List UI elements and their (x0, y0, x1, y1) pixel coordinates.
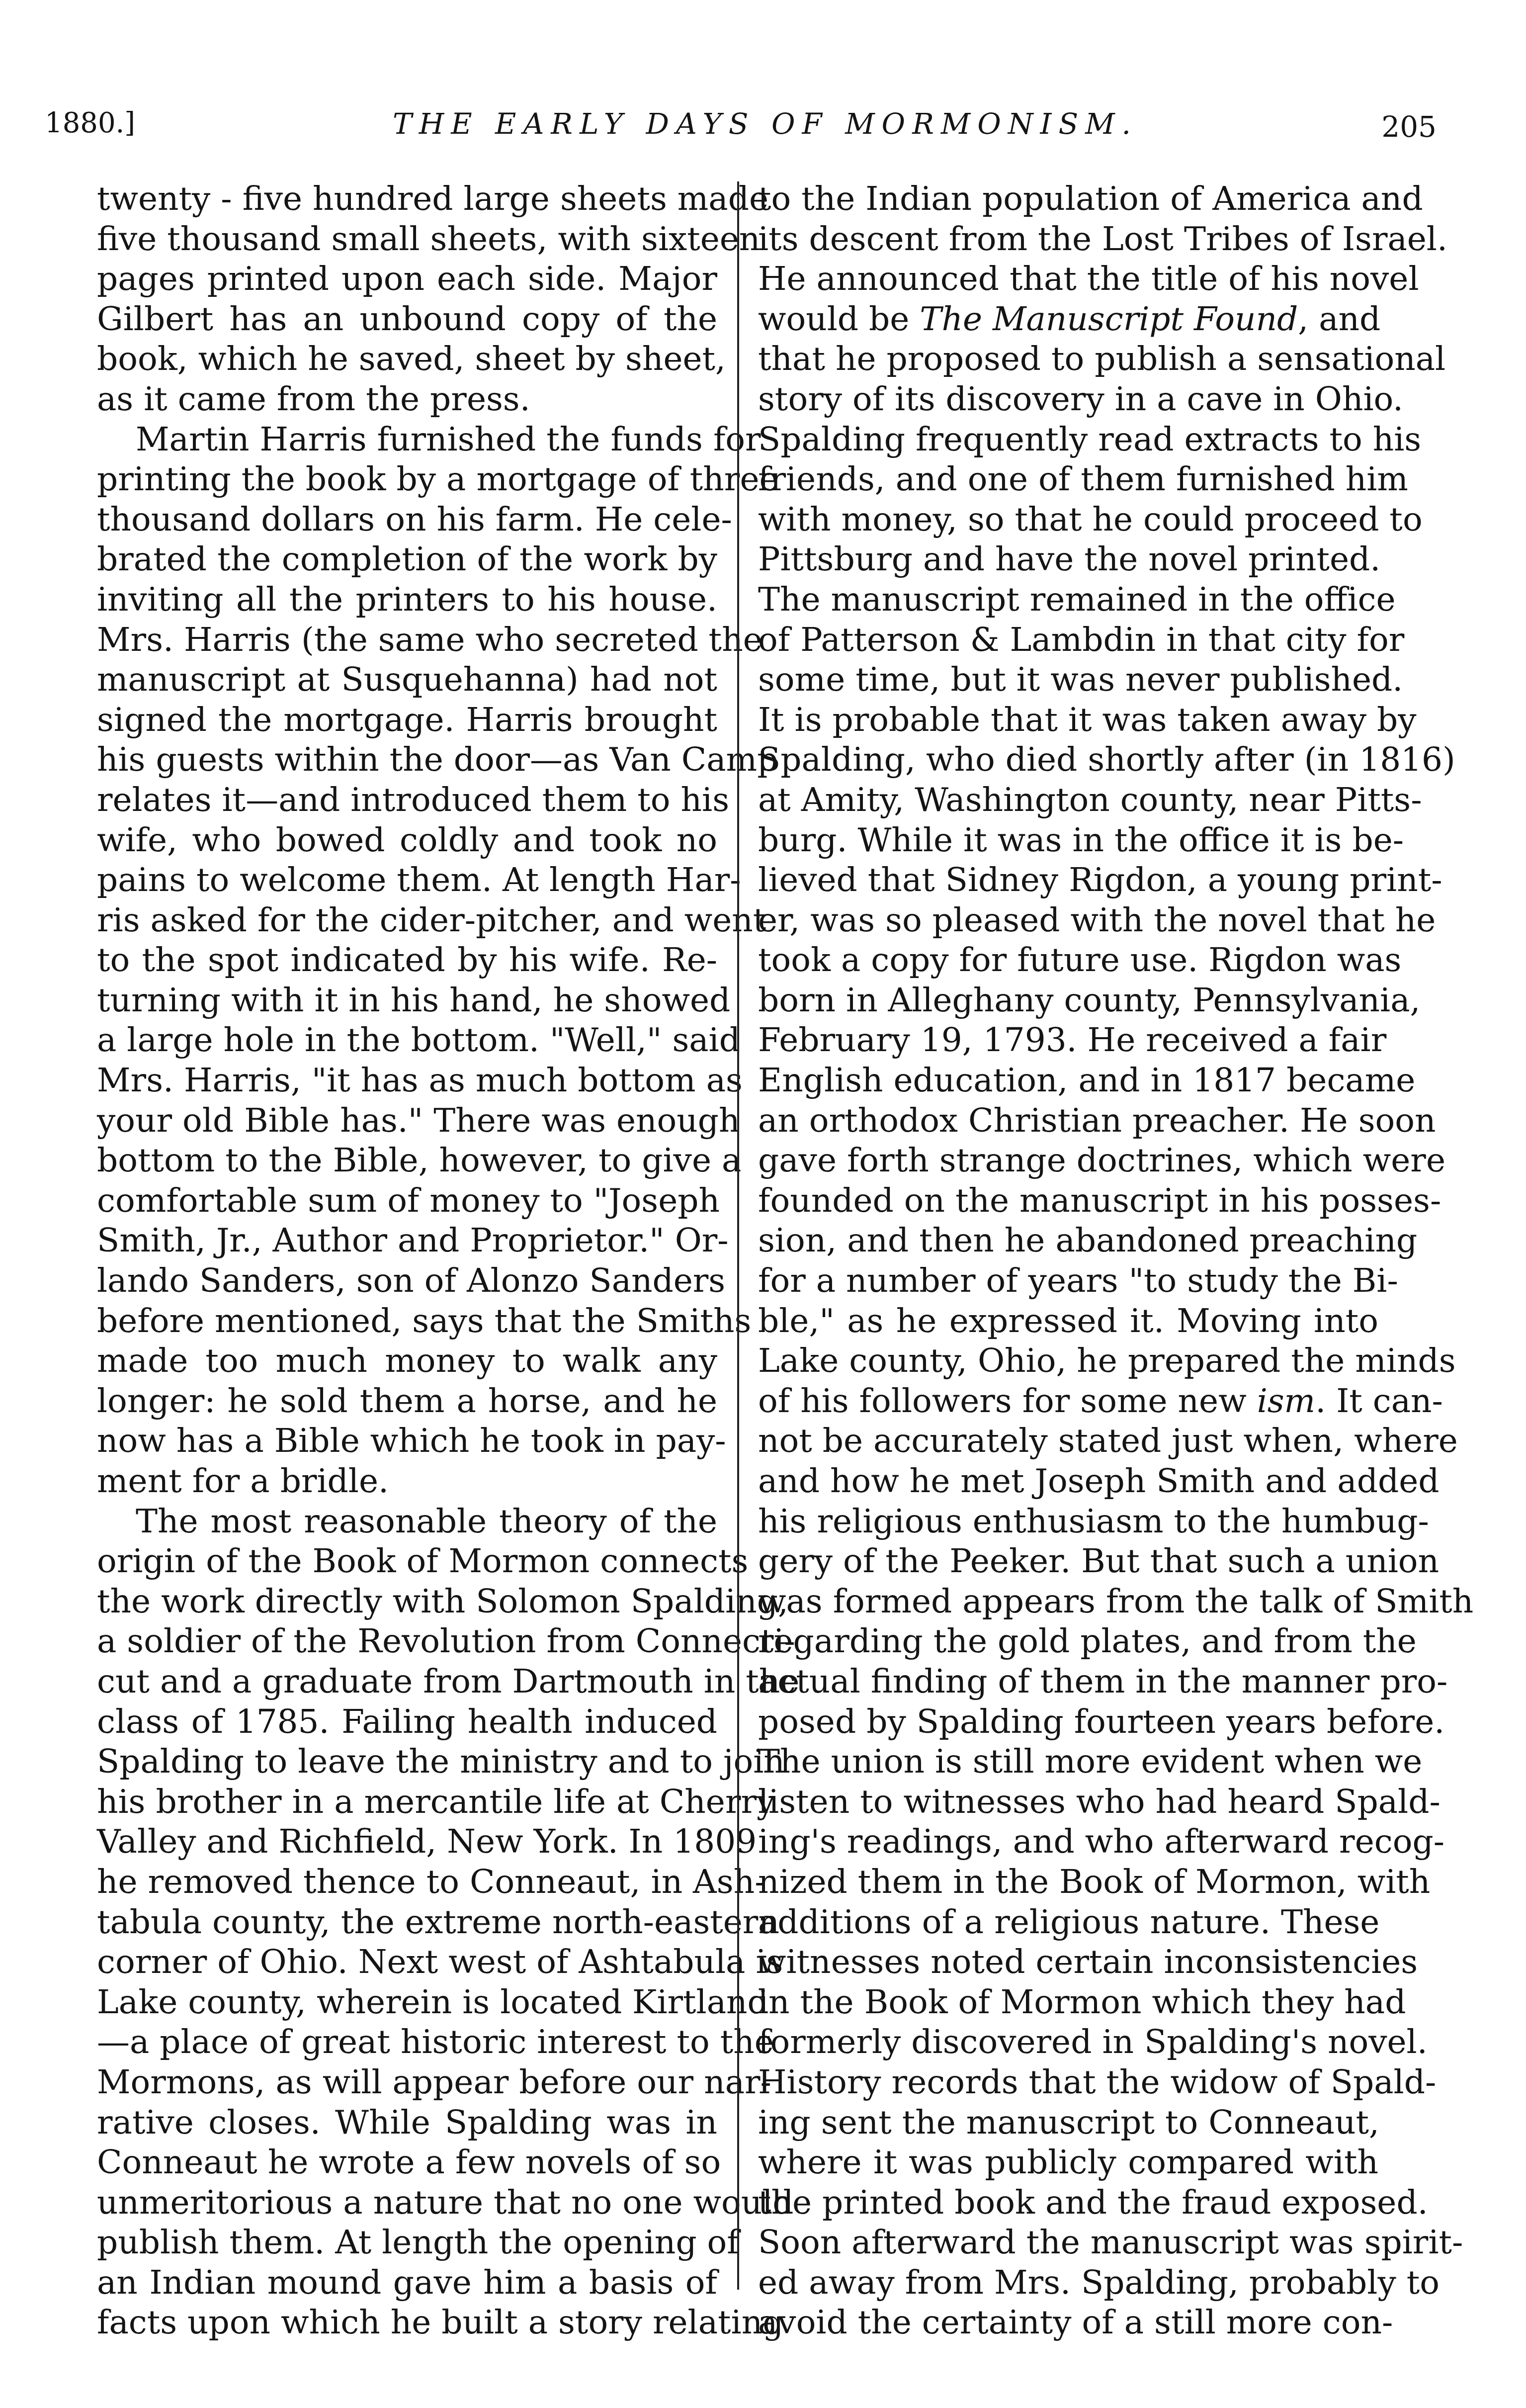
text-line: origin of the Book of Mormon connects (97, 1541, 717, 1582)
text-line: bottom to the Bible, however, to give a (97, 1141, 717, 1181)
text-line: made too much money to walk any (97, 1341, 717, 1381)
text-line: now has a Bible which he took in pay- (97, 1421, 717, 1461)
text-line: longer: he sold them a horse, and he (97, 1381, 717, 1422)
column-divider (737, 181, 739, 2290)
text-line: an orthodox Christian preacher. He soon (758, 1101, 1378, 1141)
italic-text: ism (1257, 1382, 1316, 1420)
text-line: twenty - five hundred large sheets made (97, 179, 717, 219)
text-line: Spalding to leave the ministry and to jo… (97, 1742, 717, 1782)
text-line: actual finding of them in the manner pro… (758, 1662, 1378, 1702)
text-line: to the Indian population of America and (758, 179, 1378, 219)
page-number: 205 (1381, 110, 1437, 144)
text-line: Valley and Richfield, New York. In 1809 (97, 1822, 717, 1862)
text-line: posed by Spalding fourteen years before. (758, 1702, 1378, 1742)
text-line: The most reasonable theory of the (97, 1502, 717, 1542)
text-line: for a number of years "to study the Bi- (758, 1261, 1378, 1301)
text-line: unmeritorious a nature that no one would (97, 2183, 717, 2223)
text-line: additions of a religious nature. These (758, 1902, 1378, 1943)
text-line: of his followers for some new ism. It ca… (758, 1381, 1378, 1422)
text-line: his brother in a mercantile life at Cher… (97, 1782, 717, 1822)
text-line: a large hole in the bottom. "Well," said (97, 1020, 717, 1061)
text-line: story of its discovery in a cave in Ohio… (758, 379, 1378, 420)
text-line: relates it—and introduced them to his (97, 780, 717, 820)
right-column: to the Indian population of America andi… (758, 179, 1378, 2343)
text-line: facts upon which he built a story relati… (97, 2303, 717, 2343)
text-line: ris asked for the cider-pitcher, and wen… (97, 900, 717, 941)
text-line: that he proposed to publish a sensationa… (758, 339, 1378, 379)
text-line: corner of Ohio. Next west of Ashtabula i… (97, 1942, 717, 1982)
text-line: turning with it in his hand, he showed (97, 981, 717, 1021)
text-line: History records that the widow of Spald- (758, 2062, 1378, 2103)
text-line: pains to welcome them. At length Har- (97, 860, 717, 900)
text-line: ed away from Mrs. Spalding, probably to (758, 2263, 1378, 2303)
text-line: five thousand small sheets, with sixteen (97, 219, 717, 260)
text-line: his religious enthusiasm to the humbug- (758, 1502, 1378, 1542)
text-line: the work directly with Solomon Spalding, (97, 1582, 717, 1622)
text-line: in the Book of Mormon which they had (758, 1982, 1378, 2023)
text-line: avoid the certainty of a still more con- (758, 2303, 1378, 2343)
header-year: 1880.] (45, 107, 135, 139)
text-line: an Indian mound gave him a basis of (97, 2263, 717, 2303)
running-header: 1880.] THE EARLY DAYS OF MORMONISM. 205 (45, 107, 1437, 152)
text-line: his guests within the door—as Van Camp (97, 740, 717, 780)
text-line: It is probable that it was taken away by (758, 700, 1378, 740)
text-line: tabula county, the extreme north-eastern (97, 1902, 717, 1943)
italic-text: The Manuscript Found (920, 300, 1298, 338)
text-line: burg. While it was in the office it is b… (758, 820, 1378, 861)
text-line: ment for a bridle. (97, 1461, 717, 1502)
text-line: the printed book and the fraud exposed. (758, 2183, 1378, 2223)
text-line: your old Bible has." There was enough (97, 1101, 717, 1141)
text-line: —a place of great historic interest to t… (97, 2022, 717, 2062)
text-line: cut and a graduate from Dartmouth in the (97, 1662, 717, 1702)
text-line: Mrs. Harris (the same who secreted the (97, 620, 717, 660)
text-line: printing the book by a mortgage of three (97, 459, 717, 500)
text-line: ble," as he expressed it. Moving into (758, 1301, 1378, 1341)
text-line: Martin Harris furnished the funds for (97, 420, 717, 460)
text-line: to the spot indicated by his wife. Re- (97, 940, 717, 981)
text-line: regarding the gold plates, and from the (758, 1621, 1378, 1662)
text-line: of Patterson & Lambdin in that city for (758, 620, 1378, 660)
text-line: gery of the Peeker. But that such a unio… (758, 1541, 1378, 1582)
header-title: THE EARLY DAYS OF MORMONISM. (393, 107, 1138, 141)
text-line: Conneaut he wrote a few novels of so (97, 2142, 717, 2183)
text-line: The manuscript remained in the office (758, 580, 1378, 620)
text-line: wife, who bowed coldly and took no (97, 820, 717, 861)
text-line: Lake county, wherein is located Kirtland (97, 1982, 717, 2023)
text-line: English education, and in 1817 became (758, 1061, 1378, 1101)
text-line: publish them. At length the opening of (97, 2223, 717, 2263)
text-line: He announced that the title of his novel (758, 259, 1378, 299)
text-line: manuscript at Susquehanna) had not (97, 660, 717, 700)
text-line: class of 1785. Failing health induced (97, 1702, 717, 1742)
text-line: pages printed upon each side. Major (97, 259, 717, 299)
text-line: at Amity, Washington county, near Pitts- (758, 780, 1378, 820)
text-line: book, which he saved, sheet by sheet, (97, 339, 717, 379)
text-line: nized them in the Book of Mormon, with (758, 1862, 1378, 1902)
text-line: ing's readings, and who afterward recog- (758, 1822, 1378, 1862)
text-line: as it came from the press. (97, 379, 717, 420)
text-line: he removed thence to Conneaut, in Ash- (97, 1862, 717, 1902)
text-line: its descent from the Lost Tribes of Isra… (758, 219, 1378, 260)
text-line: comfortable sum of money to "Joseph (97, 1181, 717, 1221)
text-line: The union is still more evident when we (758, 1742, 1378, 1782)
text-line: Pittsburg and have the novel printed. (758, 539, 1378, 580)
text-line: took a copy for future use. Rigdon was (758, 940, 1378, 981)
text-line: founded on the manuscript in his posses- (758, 1181, 1378, 1221)
text-line: before mentioned, says that the Smiths (97, 1301, 717, 1341)
text-line: friends, and one of them furnished him (758, 459, 1378, 500)
text-line: not be accurately stated just when, wher… (758, 1421, 1378, 1461)
text-line: was formed appears from the talk of Smit… (758, 1582, 1378, 1622)
text-line: er, was so pleased with the novel that h… (758, 900, 1378, 941)
text-line: a soldier of the Revolution from Connect… (97, 1621, 717, 1662)
text-line: born in Alleghany county, Pennsylvania, (758, 981, 1378, 1021)
text-line: gave forth strange doctrines, which were (758, 1141, 1378, 1181)
left-column: twenty - five hundred large sheets madef… (97, 179, 717, 2343)
text-line: brated the completion of the work by (97, 539, 717, 580)
text-line: lando Sanders, son of Alonzo Sanders (97, 1261, 717, 1301)
text-line: rative closes. While Spalding was in (97, 2103, 717, 2143)
text-line: Spalding frequently read extracts to his (758, 420, 1378, 460)
text-line: formerly discovered in Spalding's novel. (758, 2022, 1378, 2062)
text-line: February 19, 1793. He received a fair (758, 1020, 1378, 1061)
text-line: listen to witnesses who had heard Spald- (758, 1782, 1378, 1822)
text-line: with money, so that he could proceed to (758, 500, 1378, 540)
text-line: Mrs. Harris, "it has as much bottom as (97, 1061, 717, 1101)
text-line: inviting all the printers to his house. (97, 580, 717, 620)
text-line: Smith, Jr., Author and Proprietor." Or- (97, 1221, 717, 1261)
text-line: Mormons, as will appear before our nar- (97, 2062, 717, 2103)
text-line: some time, but it was never published. (758, 660, 1378, 700)
text-line: sion, and then he abandoned preaching (758, 1221, 1378, 1261)
text-line: signed the mortgage. Harris brought (97, 700, 717, 740)
text-line: ing sent the manuscript to Conneaut, (758, 2103, 1378, 2143)
text-line: and how he met Joseph Smith and added (758, 1461, 1378, 1502)
text-line: Spalding, who died shortly after (in 181… (758, 740, 1378, 780)
text-line: where it was publicly compared with (758, 2142, 1378, 2183)
text-line: Gilbert has an unbound copy of the (97, 299, 717, 340)
text-line: Lake county, Ohio, he prepared the minds (758, 1341, 1378, 1381)
text-line: witnesses noted certain inconsistencies (758, 1942, 1378, 1982)
text-line: would be The Manuscript Found, and (758, 299, 1378, 340)
text-line: thousand dollars on his farm. He cele- (97, 500, 717, 540)
text-line: lieved that Sidney Rigdon, a young print… (758, 860, 1378, 900)
text-line: Soon afterward the manuscript was spirit… (758, 2223, 1378, 2263)
